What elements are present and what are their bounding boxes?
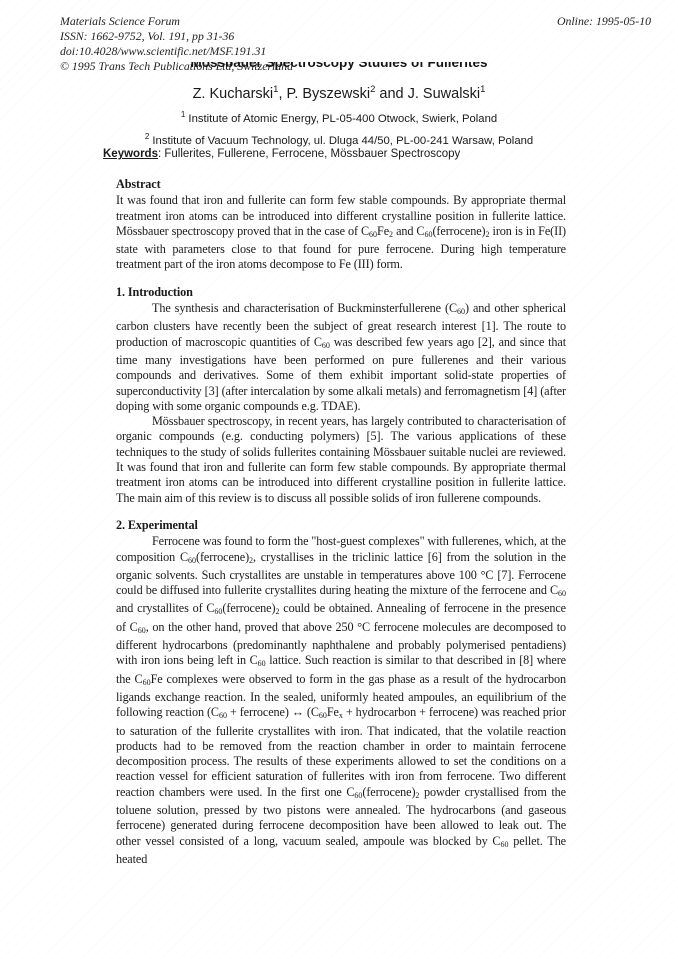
online-date: Online: 1995-05-10 [557,14,651,29]
journal-name: Materials Science Forum [60,14,293,29]
page: Materials Science Forum ISSN: 1662-9752,… [0,0,678,959]
article-title: Mössbauer Spectroscopy Studies of Fuller… [0,62,678,71]
section: AbstractIt was found that iron and fulle… [116,177,566,273]
authors-line: Z. Kucharski1, P. Byszewski2 and J. Suwa… [0,84,678,102]
keywords-label: Keywords [103,148,158,160]
affiliation-1: 1 Institute of Atomic Energy, PL-05-400 … [0,106,678,128]
section: 1. IntroductionThe synthesis and charact… [116,285,566,506]
section: 2. ExperimentalFerrocene was found to fo… [116,518,566,867]
paragraph: Mössbauer spectroscopy, in recent years,… [116,414,566,506]
section-heading: Abstract [116,177,566,192]
paragraph: Ferrocene was found to form the "host-gu… [116,534,566,867]
keywords-text: : Fullerites, Fullerene, Ferrocene, Möss… [158,148,460,160]
paragraph: The synthesis and characterisation of Bu… [116,301,566,414]
paragraph: It was found that iron and fullerite can… [116,193,566,272]
keywords-line: Keywords: Fullerites, Fullerene, Ferroce… [103,148,460,160]
section-heading: 1. Introduction [116,285,566,300]
affiliations: 1 Institute of Atomic Energy, PL-05-400 … [0,106,678,151]
article-title-clipped: Mössbauer Spectroscopy Studies of Fuller… [0,62,678,72]
issn-line: ISSN: 1662-9752, Vol. 191, pp 31-36 [60,29,293,44]
article-body: AbstractIt was found that iron and fulle… [116,177,566,867]
doi-line: doi:10.4028/www.scientific.net/MSF.191.3… [60,44,293,59]
section-heading: 2. Experimental [116,518,566,533]
